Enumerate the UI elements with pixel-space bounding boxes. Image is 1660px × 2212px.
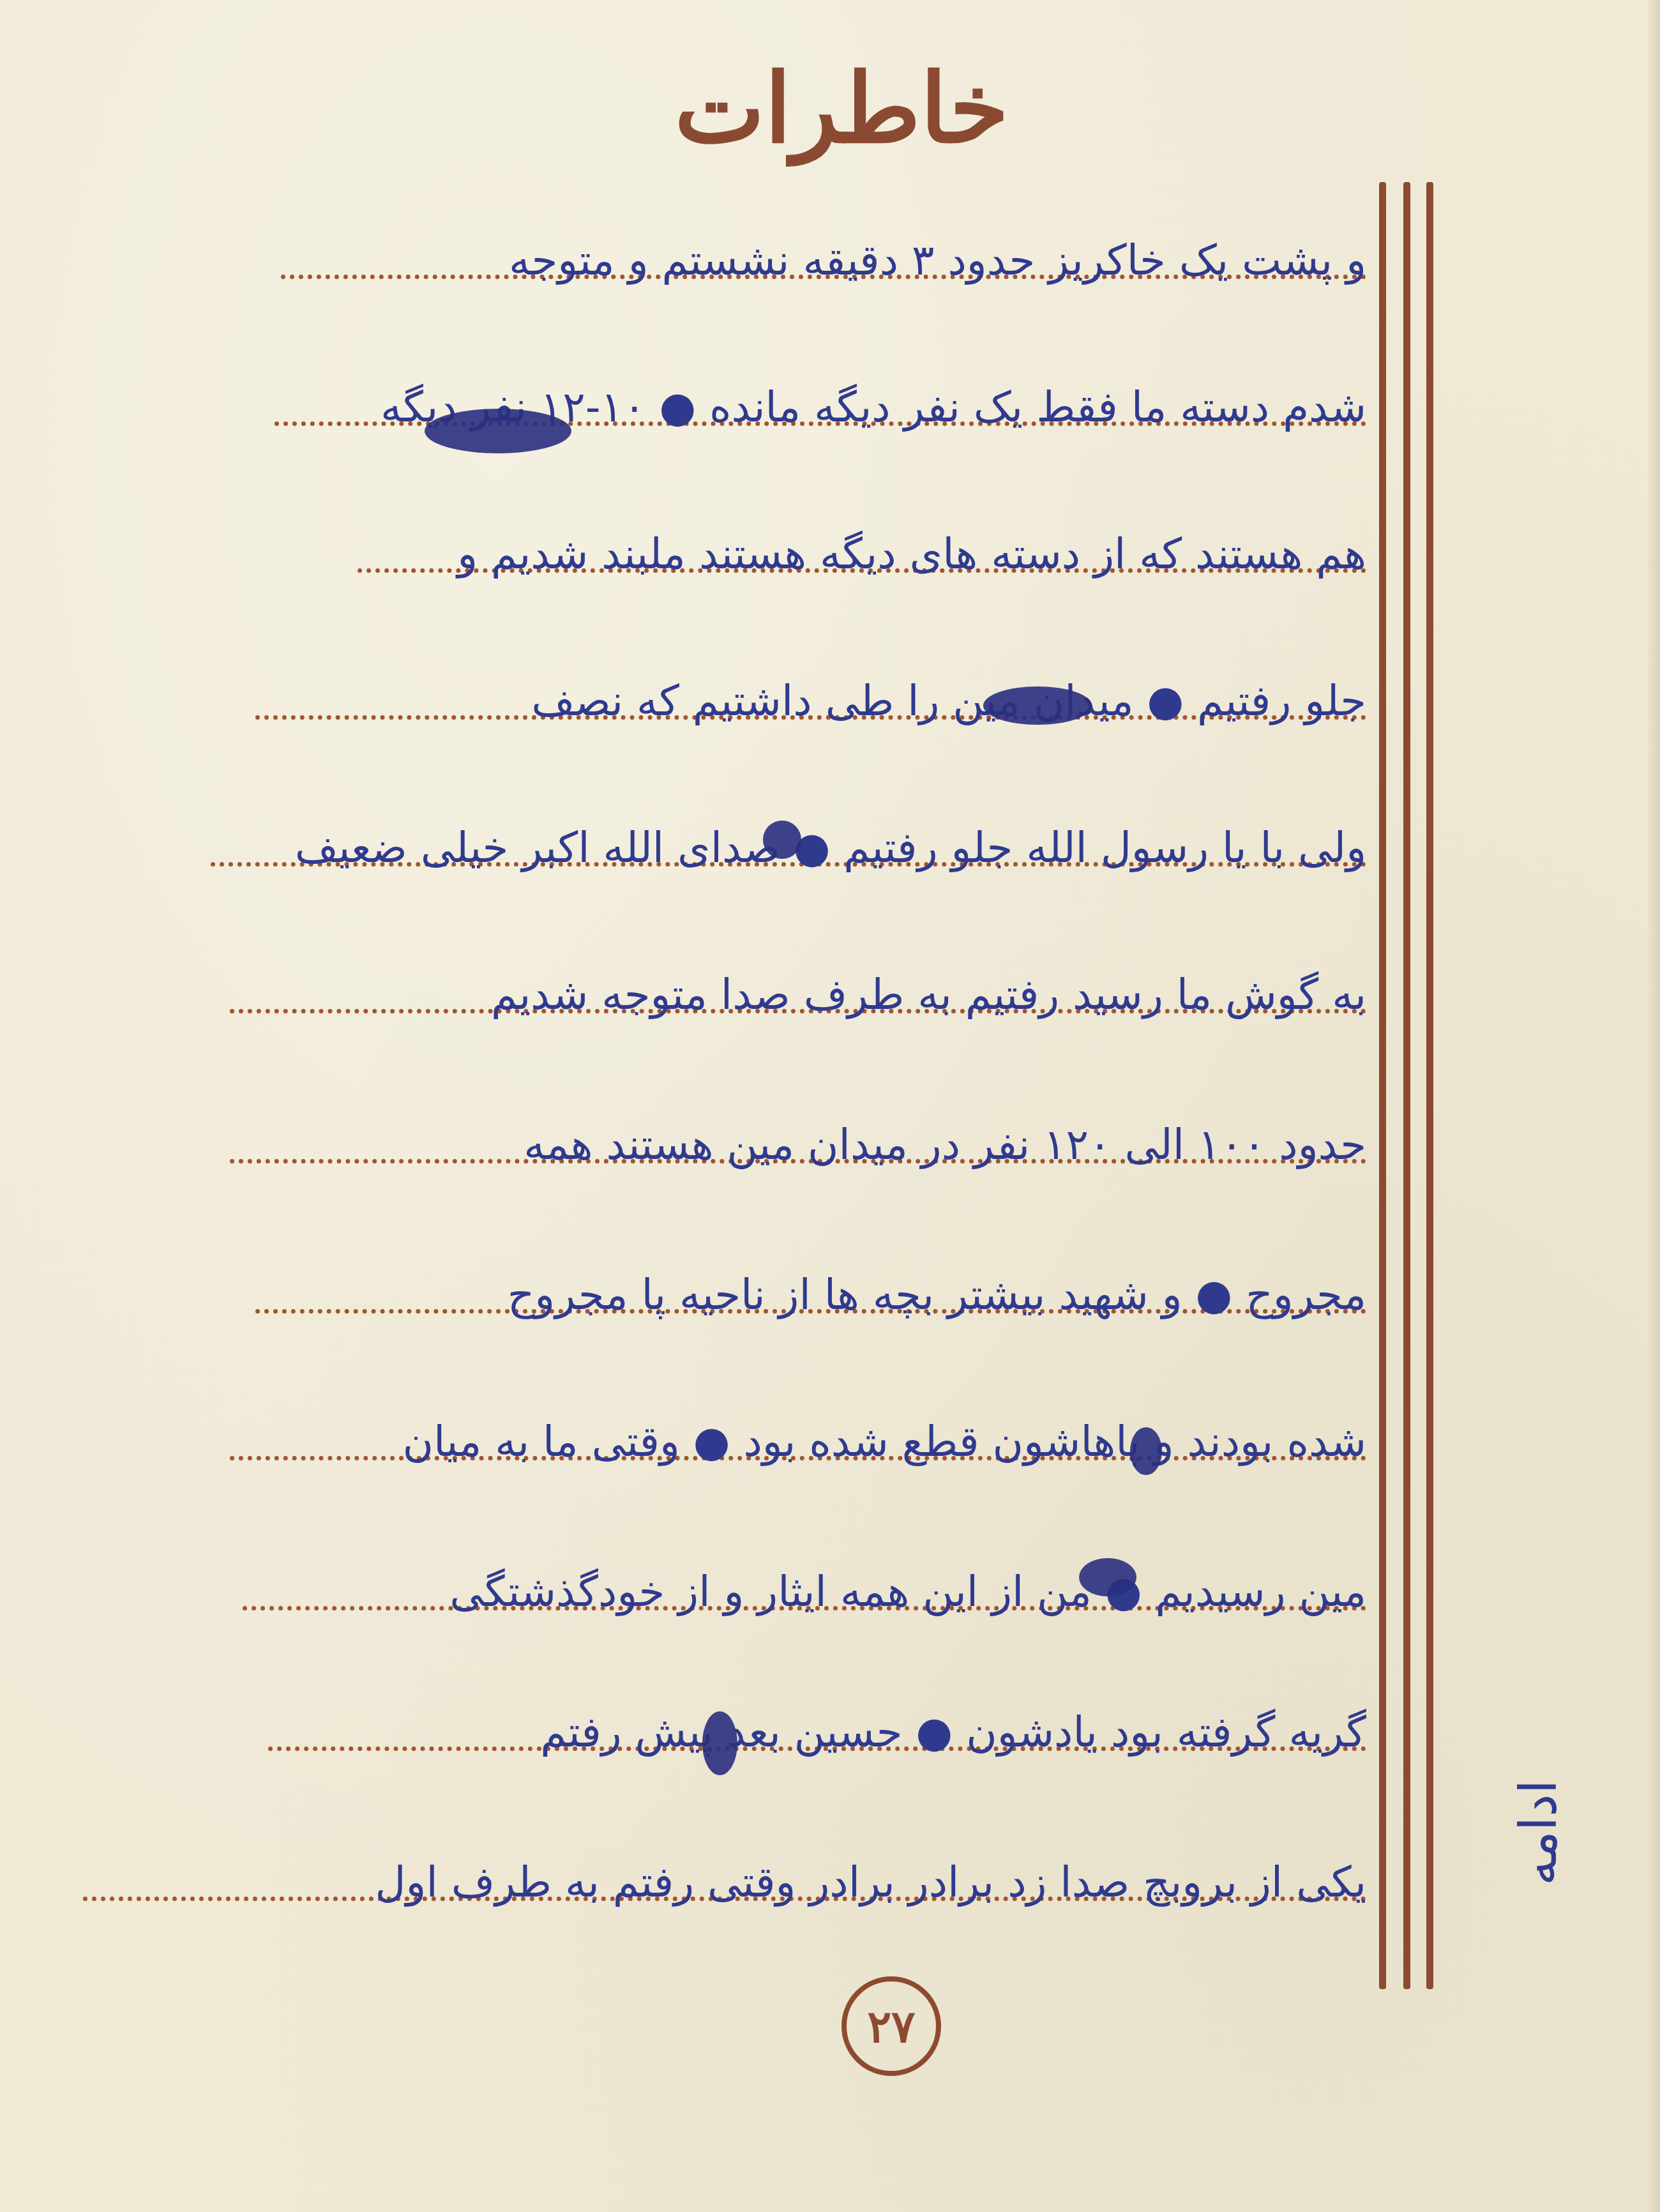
handwritten-line: شده بودند و پاهاشون قطع شده بود ● وقتی م… [403,1421,1367,1463]
handwritten-line: و پشت یک خاکریز حدود ۳ دقیقه نشستم و متو… [509,239,1366,282]
handwritten-line: حدود ۱۰۰ الی ۱۲۰ نفر در میدان مین هستند … [524,1124,1366,1166]
margin-note: ادامه [1430,1750,1647,1916]
ink-scribble [1130,1427,1162,1475]
handwritten-line: به گوش ما رسید رفتیم به طرف صدا متوجه شد… [491,974,1366,1016]
ink-scribble [763,821,801,859]
ink-scribble [1079,1558,1136,1596]
ink-scribble [983,686,1092,725]
handwritten-line: ولی با یا رسول الله جلو رفتیم ● صدای الل… [295,827,1366,869]
ink-scribble [425,409,571,453]
handwritten-line: جلو رفتیم ● میدان مین را طی داشتیم که نص… [531,680,1366,722]
ink-scribble [702,1711,737,1775]
page-number: ۲۷ [841,1976,941,2076]
handwritten-line: یکی از بروبچ صدا زد برادر برادر وقتی رفت… [375,1861,1366,1904]
margin-rule-line [1403,182,1410,1989]
handwritten-line: هم هستند که از دسته های دیگه هستند ملبند… [457,533,1366,575]
handwritten-line: مجروح ● و شهید بیشتر بچه ها از ناحیه پا … [508,1274,1366,1316]
page-title: خاطرات [715,61,1009,156]
margin-rule-line [1426,182,1433,1989]
handwritten-line: مین رسیدیم ● من از این همه ایثار و از خو… [449,1571,1366,1613]
margin-rule-line [1379,182,1386,1989]
handwritten-line: گریه گرفته بود یادشون ● حسین بعد پیش رفت… [540,1711,1366,1754]
paper-edge [1649,0,1660,2212]
handwritten-memoir-page: خاطرات و پشت یک خاکریز حدود ۳ دقیقه نشست… [0,0,1660,2212]
